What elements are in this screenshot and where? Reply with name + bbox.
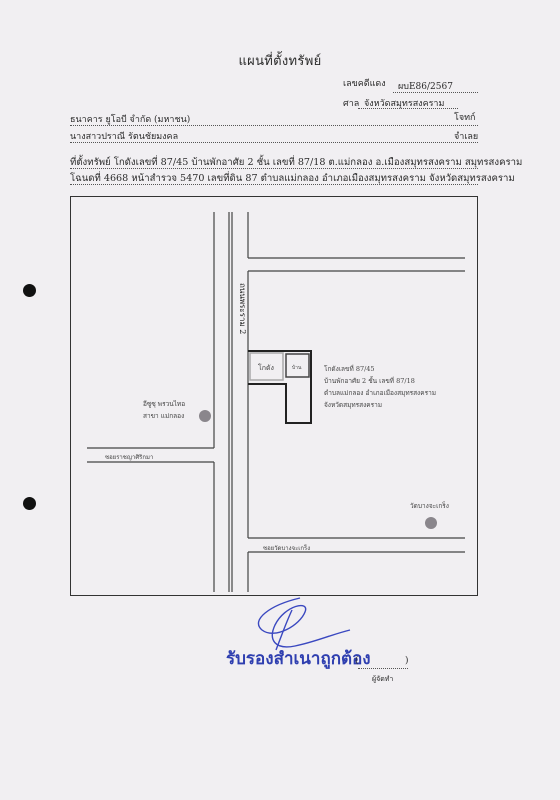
signature-line	[358, 668, 408, 669]
property-desc-3: ตำบลแม่กลอง อำเภอเมืองสมุทรสงคราม	[324, 389, 436, 397]
main-road-label: ถนนพระราม 2	[238, 283, 247, 334]
property-outline	[248, 351, 311, 423]
landmark-bank-line-2: สาขา แม่กลอง	[143, 412, 184, 420]
property-desc-4: จังหวัดสมุทรสงคราม	[324, 401, 382, 409]
soi-right-label: ซอยวัดบางจะเกร็ง	[263, 543, 310, 552]
landmark-temple-dot	[425, 517, 437, 529]
soi-left-label: ซอยราชญาศิริกมา	[105, 454, 153, 461]
warehouse-label: โกดัง	[258, 363, 274, 372]
property-desc-2: บ้านพักอาศัย 2 ชั้น เลขที่ 87/18	[324, 376, 415, 385]
landmark-bank-line-1: อีซูซุ พรวนไทอ	[143, 400, 185, 408]
certified-copy-stamp: รับรองสำเนาถูกต้อง	[226, 645, 371, 672]
landmark-bank-dot	[199, 410, 211, 422]
house-label: บ้าน	[292, 364, 302, 371]
signature	[258, 598, 350, 650]
signature-paren-open: (	[355, 656, 359, 666]
landmark-temple-label: วัดบางจะเกร็ง	[410, 501, 449, 510]
location-map: ถนนพระราม 2 โกดัง บ้าน โกดังเลขที่ 87/45…	[0, 0, 560, 800]
property-desc-1: โกดังเลขที่ 87/45	[324, 364, 375, 373]
signature-paren-close: )	[405, 656, 409, 666]
signer-label: ผู้จัดทำ	[372, 674, 393, 685]
